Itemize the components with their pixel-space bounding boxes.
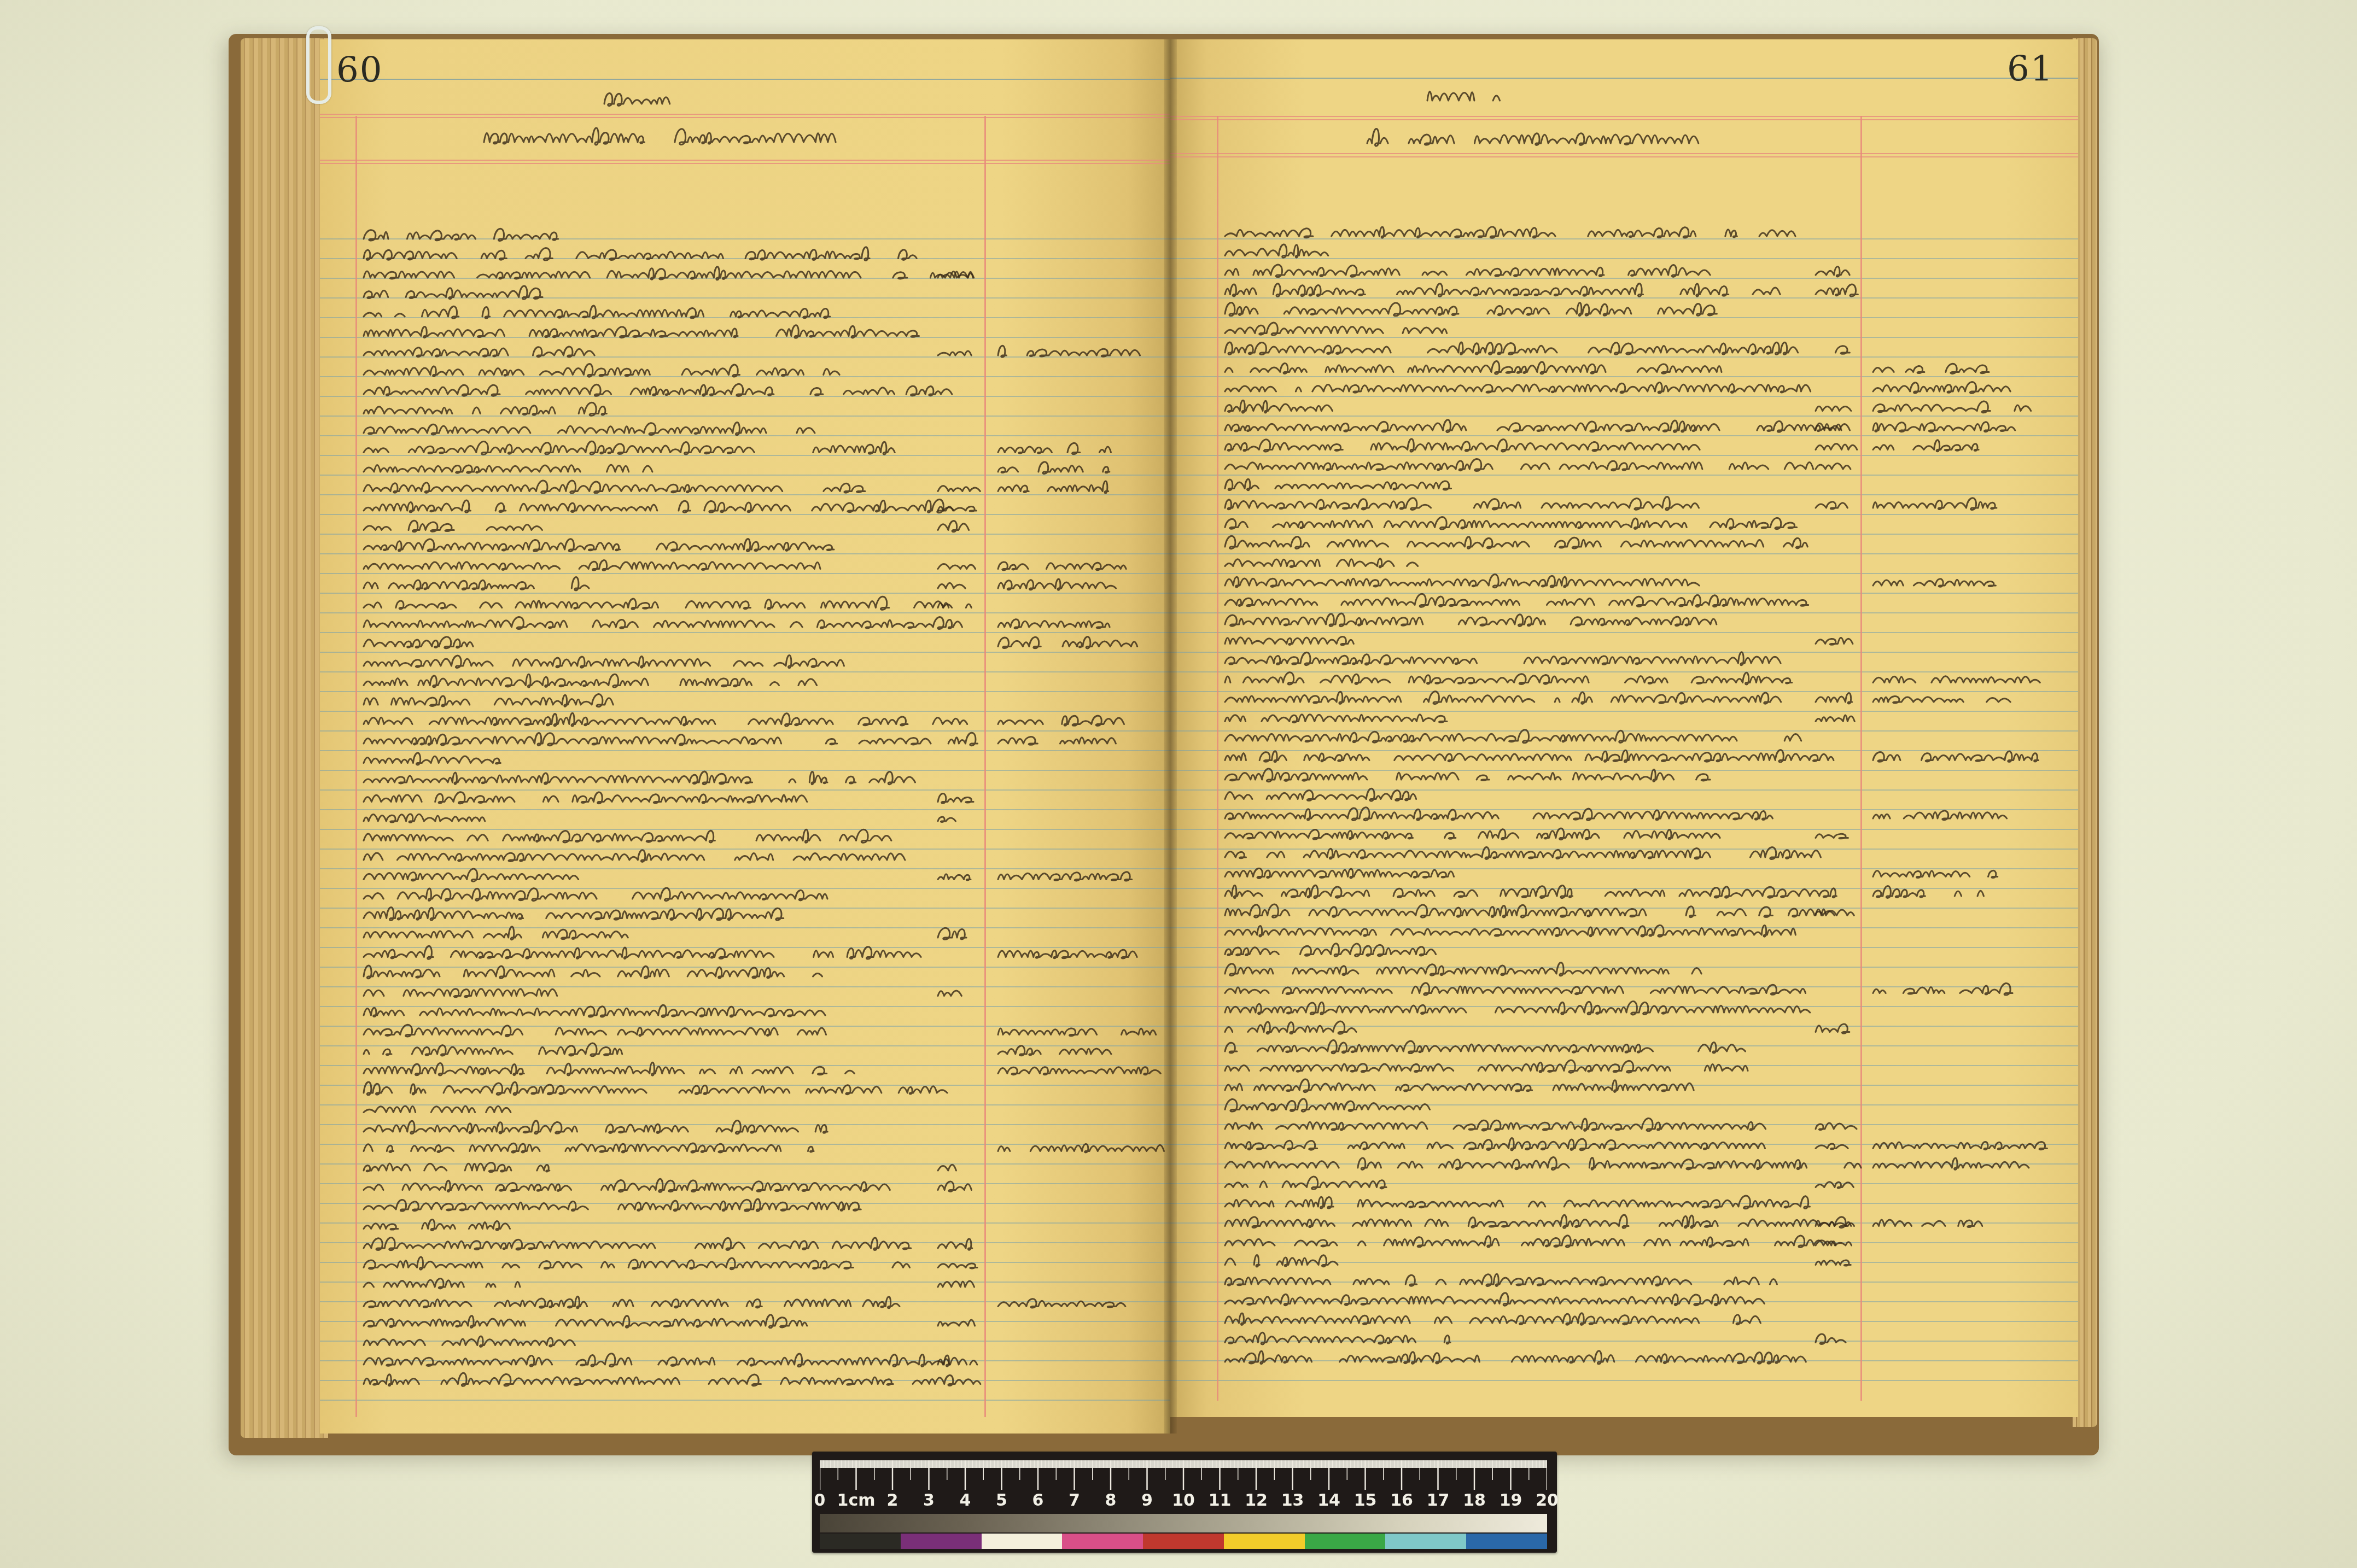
handwriting-stroke: [1816, 1123, 1857, 1130]
handwriting-stroke: [364, 1043, 622, 1056]
color-swatch: [901, 1534, 982, 1549]
handwriting-stroke: [1225, 1138, 1813, 1150]
handwriting-stroke: [364, 771, 915, 785]
handwriting-stroke: [998, 1144, 1164, 1152]
handwriting-stroke: [364, 637, 473, 648]
handwriting-stroke: [364, 814, 509, 823]
handwriting-stroke: [938, 271, 973, 278]
handwriting-stroke: [938, 1181, 971, 1191]
handwriting-stroke: [1225, 1215, 1854, 1228]
handwriting-stroke: [364, 989, 557, 997]
handwriting-stroke: [998, 1299, 1125, 1308]
handwriting-stroke: [1225, 885, 1875, 898]
handwriting-stroke: [364, 539, 834, 552]
handwriting-stroke: [364, 247, 936, 260]
ruler-number: 13: [1281, 1491, 1304, 1510]
handwriting-stroke: [938, 1320, 975, 1326]
handwriting-stroke: [1225, 1274, 1777, 1286]
handwriting-stroke: [938, 351, 988, 355]
ruler-number: 4: [960, 1491, 971, 1510]
handwriting-stroke: [1225, 1313, 1780, 1325]
handwriting-stroke: [484, 128, 862, 145]
color-swatch: [1385, 1534, 1466, 1549]
handwriting-stroke: [1225, 715, 1467, 723]
ruler-numbers: 01cm234567891011121314151617181920: [812, 1491, 1557, 1513]
handwriting-stroke: [998, 462, 1110, 474]
handwriting-stroke: [1225, 1040, 1745, 1054]
handwriting-stroke: [1225, 963, 1701, 976]
handwriting-stroke: [1873, 440, 1979, 452]
ruler-number: 15: [1354, 1491, 1377, 1510]
color-swatch: [1143, 1534, 1224, 1549]
handwriting-stroke: [364, 1025, 844, 1037]
handwriting-stroke: [1225, 536, 1807, 548]
color-swatch: [1466, 1534, 1547, 1549]
handwriting-stroke: [1225, 1021, 1356, 1034]
handwriting-stroke: [1816, 1144, 1848, 1149]
handwriting-stroke: [1816, 267, 1850, 277]
handwriting-stroke: [938, 793, 973, 803]
color-swatch: [1224, 1534, 1305, 1549]
color-swatches: [820, 1534, 1547, 1549]
handwriting-stroke: [364, 286, 573, 299]
handwriting-stroke: [1816, 715, 1854, 721]
ruler-number: 19: [1500, 1491, 1522, 1510]
handwriting-stroke: [604, 93, 670, 106]
handwriting-stroke: [998, 562, 1126, 570]
handwriting-stroke: [1225, 559, 1418, 567]
handwriting-stroke: [1225, 1118, 1766, 1131]
handwriting-stroke: [938, 991, 973, 996]
handwriting-stroke: [938, 603, 971, 608]
handwriting-stroke: [1816, 1334, 1846, 1344]
handwriting-stroke: [1225, 808, 1772, 821]
ruler-number: 11: [1209, 1491, 1232, 1510]
handwriting-stroke: [1225, 1236, 1836, 1248]
handwriting-stroke: [1225, 594, 1808, 607]
handwriting-stroke: [1816, 1260, 1851, 1266]
handwriting-stroke: [1873, 382, 2010, 394]
handwriting-stroke: [1816, 1182, 1853, 1189]
handwriting-stroke: [1225, 400, 1332, 413]
handwriting-stroke: [938, 1165, 974, 1171]
handwriting-stroke: [1225, 439, 1700, 452]
handwriting-stroke: [364, 384, 952, 396]
handwriting-stroke: [998, 481, 1109, 493]
handwriting-stroke: [364, 465, 652, 473]
handwriting-stroke: [1873, 697, 2010, 703]
handwriting-stroke: [1873, 498, 1997, 510]
handwriting-stroke: [1225, 944, 1436, 956]
handwriting-stroke: [364, 1199, 861, 1211]
handwriting-stroke: [364, 617, 991, 629]
handwriting-stroke: [1873, 983, 2012, 995]
handwriting-stroke: [938, 486, 980, 492]
handwriting-stroke: [364, 850, 905, 862]
handwriting-stroke: [1225, 459, 1813, 471]
handwriting-stroke: [364, 267, 974, 280]
handwriting-stroke: [938, 817, 971, 822]
handwriting-stroke: [1225, 1099, 1430, 1111]
ruler-number: 0: [814, 1491, 826, 1510]
ruler-number: 10: [1172, 1491, 1195, 1510]
handwriting-stroke: [1873, 870, 1998, 877]
handwriting-stroke: [1225, 750, 1834, 762]
handwriting-stroke: [1225, 517, 1797, 529]
handwriting-stroke: [1225, 636, 1353, 645]
handwriting-stroke: [1225, 672, 1792, 684]
handwriting-stroke: [364, 674, 817, 687]
handwriting-stroke: [1873, 1158, 2029, 1169]
handwriting-stroke: [364, 1237, 911, 1250]
handwriting-stroke: [1225, 904, 1835, 917]
handwriting-stroke: [998, 737, 1116, 745]
right-page: 61: [1170, 39, 2078, 1417]
handwriting-stroke: [1225, 847, 1821, 859]
handwriting-stroke: [1873, 751, 2038, 762]
handwriting-stroke: [364, 1082, 947, 1095]
handwriting-stroke: [998, 872, 1132, 881]
handwriting-stroke: [1816, 502, 1847, 509]
handwriting-stroke: [1225, 1002, 1810, 1015]
ruler-ticks: [820, 1460, 1547, 1493]
handwriting-stroke: [364, 1005, 825, 1017]
handwriting-stroke: [938, 564, 975, 569]
handwriting-stroke: [364, 927, 628, 940]
handwriting-stroke: [1367, 128, 1699, 146]
handwriting-stroke: [364, 422, 815, 435]
handwriting-stroke: [364, 656, 844, 668]
color-swatch: [982, 1534, 1063, 1549]
handwriting-stroke: [1225, 730, 1801, 743]
ruler-number: 8: [1105, 1491, 1117, 1510]
handwriting-stroke: [364, 402, 634, 416]
handwriting-stroke: [364, 966, 822, 979]
handwriting-stroke: [1225, 868, 1454, 878]
handwriting-stroke: [1225, 613, 1717, 627]
handwriting-stroke: [1873, 886, 1983, 898]
handwriting-stroke: [364, 1257, 910, 1269]
handwriting-stroke: [364, 1336, 575, 1347]
handwriting-stroke: [1225, 828, 1720, 840]
handwriting-stroke: [1816, 284, 1858, 296]
handwriting-stroke: [1225, 1157, 1861, 1170]
handwriting-stroke: [1225, 925, 1795, 937]
handwriting-stroke: [364, 1106, 511, 1113]
handwriting-stroke: [998, 637, 1137, 648]
handwriting-stroke: [1225, 323, 1447, 335]
handwriting-stroke: [1225, 496, 1699, 510]
handwriting-stroke: [1225, 1351, 1806, 1364]
handwriting-stroke: [364, 596, 949, 610]
handwriting-stroke: [938, 874, 971, 880]
handwriting-stroke: [364, 325, 919, 338]
handwriting-stroke: [998, 1067, 1160, 1075]
handwriting-stroke: [1873, 579, 1996, 587]
handwriting-stroke: [938, 1263, 977, 1268]
ruler-number: 6: [1032, 1491, 1044, 1510]
handwriting-stroke: [1816, 443, 1857, 449]
handwriting-stroke: [364, 1062, 854, 1075]
handwriting-stroke: [364, 577, 589, 590]
handwriting-stroke: [998, 346, 1163, 357]
color-swatch: [1305, 1534, 1386, 1549]
handwriting-stroke: [364, 481, 865, 493]
handwriting-stroke: [938, 521, 969, 532]
left-page: 60: [320, 39, 1170, 1434]
handwriting-stroke: [364, 829, 913, 842]
handwriting-stroke: [364, 1373, 981, 1386]
ruler-number: 1cm: [837, 1491, 876, 1510]
handwriting-stroke: [1225, 692, 1781, 704]
handwriting-stroke: [1873, 1142, 2047, 1149]
handwriting-stroke: [364, 1143, 832, 1152]
handwriting-stroke: [364, 792, 807, 804]
handwriting-stroke: [1816, 464, 1851, 469]
handwriting-stroke: [364, 713, 967, 726]
handwriting-stroke: [1225, 383, 1811, 394]
handwriting-stroke: [364, 520, 542, 532]
handwriting-stroke: [1225, 575, 1699, 588]
handwriting-stroke: [1225, 361, 1722, 375]
handwriting-stroke: [1225, 479, 1451, 490]
handwritten-text: [1170, 39, 2078, 1417]
gray-ramp: [820, 1514, 1547, 1532]
handwriting-stroke: [938, 1239, 972, 1250]
handwriting-stroke: [1873, 401, 2031, 413]
handwriting-stroke: [1873, 676, 2040, 683]
handwriting-stroke: [364, 1179, 890, 1192]
left-page-stack: [241, 38, 328, 1438]
handwriting-stroke: [1225, 769, 1710, 782]
handwriting-stroke: [364, 1315, 807, 1328]
handwriting-stroke: [364, 500, 953, 513]
handwriting-stroke: [1816, 424, 1850, 431]
ruler-number: 12: [1245, 1491, 1268, 1510]
handwriting-stroke: [1225, 284, 1780, 297]
ruler-number: 7: [1069, 1491, 1080, 1510]
handwriting-stroke: [1225, 1079, 1694, 1092]
handwriting-stroke: [1225, 1255, 1361, 1267]
handwriting-stroke: [1225, 1060, 1759, 1073]
color-swatch: [1062, 1534, 1143, 1549]
handwriting-stroke: [364, 1120, 827, 1133]
handwriting-stroke: [1225, 265, 1731, 277]
handwriting-stroke: [364, 347, 594, 357]
ruler-number: 2: [887, 1491, 899, 1510]
handwriting-stroke: [364, 1163, 550, 1172]
handwriting-stroke: [364, 306, 830, 319]
handwriting-stroke: [364, 560, 820, 571]
handwriting-stroke: [1873, 811, 2007, 820]
handwriting-stroke: [364, 1279, 520, 1289]
handwriting-stroke: [364, 1354, 967, 1367]
handwriting-stroke: [1816, 637, 1853, 645]
handwriting-stroke: [1225, 420, 1841, 432]
handwriting-stroke: [364, 1296, 900, 1308]
handwriting-stroke: [364, 1220, 510, 1231]
handwriting-stroke: [364, 946, 921, 959]
handwriting-stroke: [938, 583, 983, 588]
handwriting-stroke: [998, 950, 1137, 958]
handwritten-text: [320, 39, 1170, 1434]
handwriting-stroke: [1225, 788, 1416, 801]
handwriting-stroke: [364, 733, 978, 746]
handwriting-stroke: [1225, 983, 1806, 995]
ruler-number: 17: [1427, 1491, 1450, 1510]
handwriting-stroke: [1427, 91, 1500, 101]
handwriting-stroke: [938, 1281, 974, 1287]
handwriting-stroke: [1225, 342, 1850, 355]
ruler-number: 3: [923, 1491, 935, 1510]
handwriting-stroke: [364, 888, 827, 901]
ruler-number: 5: [996, 1491, 1007, 1510]
handwriting-stroke: [1816, 1024, 1850, 1033]
handwriting-stroke: [1225, 227, 1795, 238]
handwriting-stroke: [1816, 834, 1848, 839]
color-swatch: [820, 1534, 901, 1549]
handwriting-stroke: [1225, 1293, 1764, 1306]
handwriting-stroke: [1816, 693, 1852, 704]
handwriting-stroke: [1225, 244, 1346, 258]
ruler-number: 20: [1536, 1491, 1559, 1510]
color-calibration-scale: 01cm234567891011121314151617181920: [812, 1452, 1557, 1553]
handwriting-stroke: [998, 619, 1110, 629]
handwriting-stroke: [364, 364, 839, 377]
handwriting-stroke: [998, 443, 1125, 454]
handwriting-stroke: [364, 907, 784, 920]
handwriting-stroke: [364, 869, 579, 881]
handwriting-stroke: [364, 229, 558, 241]
handwriting-stroke: [1225, 1177, 1386, 1189]
handwriting-stroke: [1225, 1332, 1471, 1344]
handwriting-stroke: [1873, 1220, 1982, 1227]
handwriting-stroke: [998, 716, 1124, 726]
handwriting-stroke: [998, 1046, 1111, 1056]
handwriting-stroke: [1225, 1196, 1810, 1209]
ruler-number: 18: [1463, 1491, 1486, 1510]
handwriting-stroke: [364, 441, 895, 454]
handwriting-stroke: [1816, 406, 1851, 411]
handwriting-stroke: [1873, 422, 2015, 432]
handwriting-stroke: [364, 694, 633, 707]
ruler-number: 14: [1317, 1491, 1340, 1510]
handwriting-stroke: [1225, 652, 1781, 665]
handwriting-stroke: [364, 753, 500, 765]
paperclip-icon: [306, 26, 331, 104]
handwriting-stroke: [1225, 303, 1717, 316]
book-gutter: [1164, 39, 1177, 1434]
handwriting-stroke: [938, 928, 966, 939]
handwriting-stroke: [998, 579, 1116, 590]
handwriting-stroke: [1873, 364, 1989, 373]
ruler-number: 16: [1390, 1491, 1413, 1510]
ruler-number: 9: [1141, 1491, 1153, 1510]
handwriting-stroke: [998, 1028, 1170, 1036]
